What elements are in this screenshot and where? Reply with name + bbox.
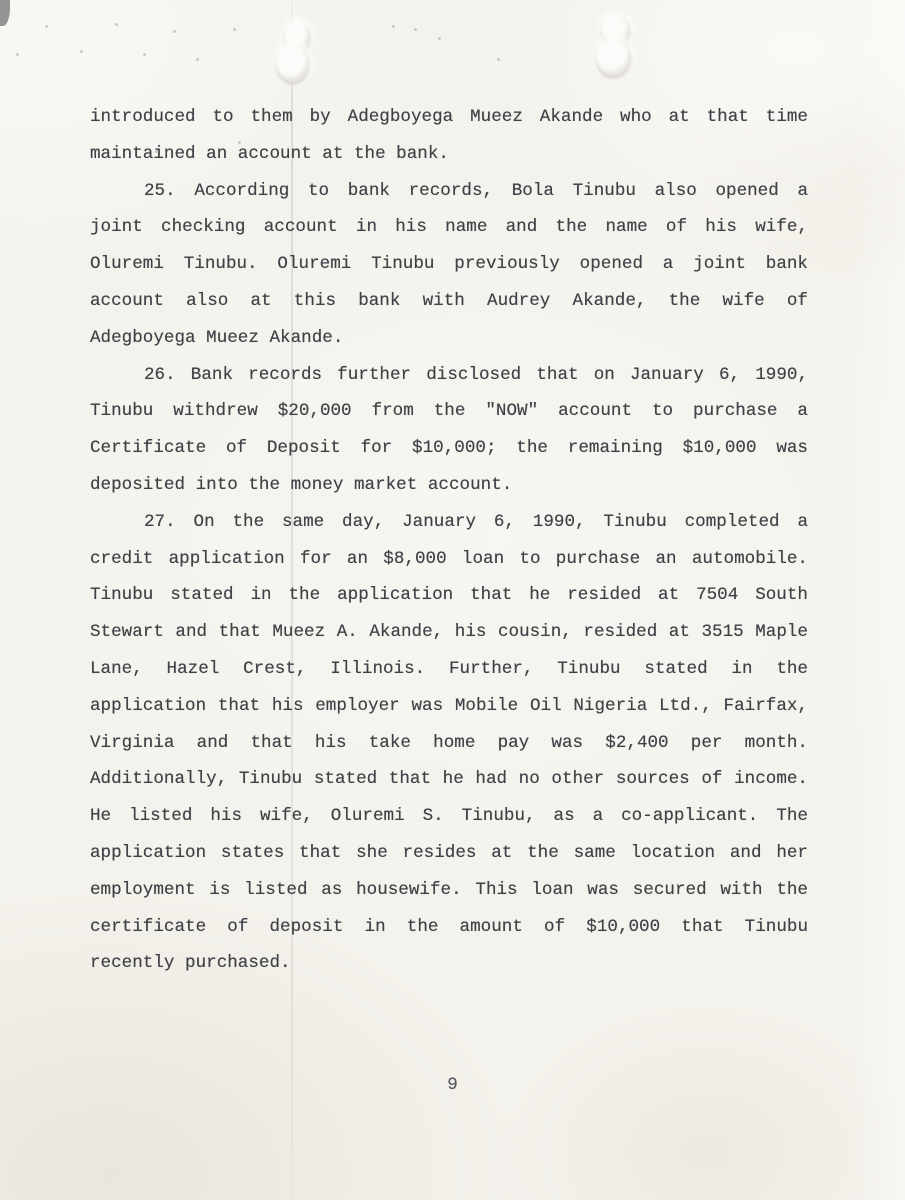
paper-speck (392, 25, 395, 28)
scanned-document-page: introduced to them by Adegboyega Mueez A… (0, 0, 905, 1200)
text-line: Stewart and that Mueez A. Akande, his co… (90, 614, 808, 651)
text-line-paragraph-27-start: 27. On the same day, January 6, 1990, Ti… (90, 504, 808, 541)
paper-speck (45, 25, 48, 28)
text-line: joint checking account in his name and t… (90, 209, 808, 246)
text-line: recently purchased. (90, 945, 808, 982)
paper-speck (173, 30, 176, 33)
binder-fastener-mark-left (276, 44, 309, 82)
paper-speck (115, 23, 118, 26)
text-line: application that his employer was Mobile… (90, 688, 808, 725)
text-line: Certificate of Deposit for $10,000; the … (90, 430, 808, 467)
text-line: application states that she resides at t… (90, 835, 808, 872)
text-line-paragraph-25-start: 25. According to bank records, Bola Tinu… (90, 173, 808, 210)
text-line: Additionally, Tinubu stated that he had … (90, 761, 808, 798)
text-line: Tinubu stated in the application that he… (90, 577, 808, 614)
paper-speck (497, 58, 500, 61)
paper-speck (438, 37, 441, 40)
paper-speck (233, 28, 236, 31)
text-line: maintained an account at the bank. (90, 136, 808, 173)
scan-corner-artifact (0, 0, 10, 26)
text-line: He listed his wife, Oluremi S. Tinubu, a… (90, 798, 808, 835)
document-text-block: introduced to them by Adegboyega Mueez A… (90, 99, 808, 982)
text-line: credit application for an $8,000 loan to… (90, 541, 808, 578)
text-line: Tinubu withdrew $20,000 from the "NOW" a… (90, 393, 808, 430)
page-number: 9 (0, 1074, 905, 1096)
paper-speck (414, 28, 417, 31)
text-line: Lane, Hazel Crest, Illinois. Further, Ti… (90, 651, 808, 688)
text-line: Oluremi Tinubu. Oluremi Tinubu previousl… (90, 246, 808, 283)
binder-fastener-mark-right (596, 38, 631, 76)
text-line: account also at this bank with Audrey Ak… (90, 283, 808, 320)
paper-speck (196, 58, 199, 61)
paper-speck (16, 53, 19, 56)
paper-speck (143, 53, 146, 56)
text-line: Adegboyega Mueez Akande. (90, 320, 808, 357)
paper-speck (80, 50, 83, 53)
text-line: employment is listed as housewife. This … (90, 872, 808, 909)
text-line: certificate of deposit in the amount of … (90, 909, 808, 946)
text-line: deposited into the money market account. (90, 467, 808, 504)
text-line: introduced to them by Adegboyega Mueez A… (90, 99, 808, 136)
text-line-paragraph-26-start: 26. Bank records further disclosed that … (90, 357, 808, 394)
text-line: Virginia and that his take home pay was … (90, 725, 808, 762)
